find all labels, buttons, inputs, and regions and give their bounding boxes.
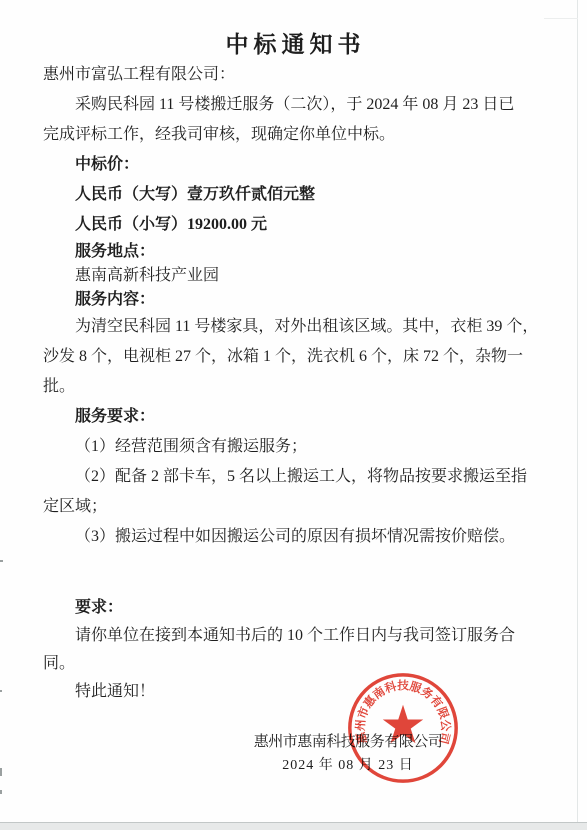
- price-in-figures-line: 人民币（小写）19200.00 元: [43, 210, 543, 240]
- scan-speck: [0, 690, 2, 692]
- final-requirement-heading: 要求：: [43, 594, 543, 622]
- signature-block: 惠州市惠南科技服务有限公司 2024 年 08 月 23 日: [253, 730, 443, 778]
- notice-closing-line: 特此通知！: [43, 678, 543, 706]
- requirement-item-1: （1）经营范围须含有搬运服务；: [43, 432, 543, 462]
- document-line: 同。: [43, 650, 543, 678]
- document-line: 请你单位在接到本通知书后的 10 个工作日内与我司签订服务合: [43, 622, 543, 650]
- scan-artifact-line: [544, 18, 578, 19]
- signature-date: 2024 年 08 月 23 日: [253, 754, 443, 778]
- scan-speck: [0, 560, 3, 562]
- document-line: 为清空民科园 11 号楼家具，对外出租该区域。其中，衣柜 39 个，: [43, 312, 543, 342]
- service-location-line: 惠南高新科技产业园: [43, 264, 543, 288]
- recipient-line: 惠州市富弘工程有限公司：: [43, 60, 543, 90]
- document-line: 批。: [43, 372, 543, 402]
- scan-speck: [0, 768, 2, 776]
- price-in-words-line: 人民币（大写）壹万玖仟贰佰元整: [43, 180, 543, 210]
- document-line: 完成评标工作，经我司审核，现确定你单位中标。: [43, 120, 543, 150]
- service-location-heading: 服务地点：: [43, 240, 543, 264]
- document-line: 沙发 8 个，电视柜 27 个，冰箱 1 个，洗衣机 6 个，床 72 个，杂物…: [43, 342, 543, 372]
- award-price-heading: 中标价：: [43, 150, 543, 180]
- document-body: 中标通知书 惠州市富弘工程有限公司： 采购民科园 11 号楼搬迁服务（二次），于…: [43, 0, 543, 706]
- scan-edge-right: [577, 0, 578, 822]
- requirement-item-2: （2）配备 2 部卡车，5 名以上搬运工人，将物品按要求搬运至指: [43, 462, 543, 492]
- scan-edge-bottom: [0, 822, 587, 830]
- document-line: 采购民科园 11 号楼搬迁服务（二次），于 2024 年 08 月 23 日已: [43, 90, 543, 120]
- service-content-heading: 服务内容：: [43, 288, 543, 312]
- requirement-item-3: （3）搬运过程中如因搬运公司的原因有损坏情况需按价赔偿。: [43, 522, 543, 552]
- document-title: 中标通知书: [43, 30, 543, 60]
- service-requirements-heading: 服务要求：: [43, 402, 543, 432]
- scan-speck: [0, 790, 2, 794]
- scanned-document-page: 中标通知书 惠州市富弘工程有限公司： 采购民科园 11 号楼搬迁服务（二次），于…: [0, 0, 587, 830]
- document-line: 定区域；: [43, 492, 543, 522]
- signature-company-name: 惠州市惠南科技服务有限公司: [253, 730, 443, 754]
